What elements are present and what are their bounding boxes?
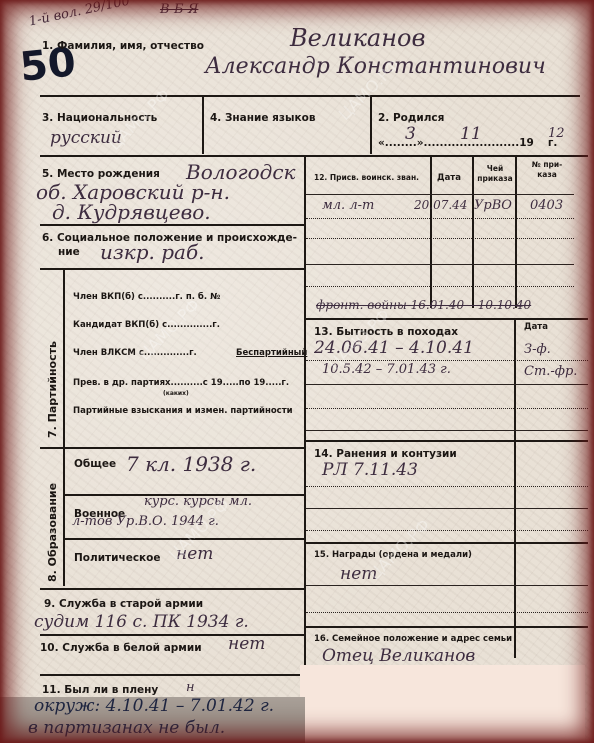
political-edu-label: Политическое — [74, 552, 161, 564]
birthplace-line-3: д. Кудрявцево. — [52, 200, 211, 224]
campaign-note-2: Ст.-фр. — [524, 364, 577, 379]
military-edu-value-2: л-тов Ур.В.О. 1944 г. — [72, 514, 219, 529]
family-value: Отец Великанов — [322, 646, 475, 666]
field-9-label: 9. Служба в старой армии — [44, 598, 203, 610]
corner-note: 1-й вол. 29/100 — [28, 0, 132, 30]
rank-date-value: 20.07.44 — [414, 198, 467, 212]
rank-order-number-value: 0403 — [530, 198, 563, 213]
campaign-note-1: З-ф. — [524, 342, 551, 357]
rank-header: 12. Присв. воинск. зван. — [314, 173, 419, 182]
campaign-period-1: 24.06.41 – 4.10.41 — [314, 338, 474, 358]
party-row-3: Член ВЛКСМ с..............г. — [73, 348, 197, 358]
general-edu-value: 7 кл. 1938 г. — [126, 452, 256, 476]
nationality-value: русский — [50, 128, 122, 148]
surname-value: Великанов — [290, 24, 425, 52]
social-status-value: изкр. раб. — [100, 240, 205, 264]
birth-month: 11 — [460, 124, 482, 144]
field-13-label: 13. Бытность в походах — [314, 326, 458, 338]
awards-value: нет — [340, 564, 377, 584]
general-edu-label: Общее — [74, 458, 116, 470]
political-edu-value: нет — [176, 544, 213, 564]
campaign-period-2: 10.5.42 – 7.01.43 г. — [322, 362, 451, 377]
field-7-section-label: 7. Партийность — [46, 341, 59, 438]
field-3-label: 3. Национальность — [42, 112, 157, 124]
order-number-header: № при-каза — [522, 160, 572, 180]
old-army-value: судим 116 с. ПК 1934 г. — [34, 612, 249, 632]
crossed-line: фронт. войны 16.01.40 – 10.10.40 — [316, 298, 531, 312]
field-11-label: 11. Был ли в плену — [42, 684, 158, 696]
which-note: (каких) — [163, 390, 189, 397]
white-army-value: нет — [228, 634, 265, 654]
birth-year: 12 — [548, 126, 565, 141]
field-5-label: 5. Место рождения — [42, 168, 160, 180]
field-16-label: 16. Семейное положение и адрес семьи — [314, 634, 512, 644]
captivity-value: н — [186, 680, 195, 695]
wounds-value: РЛ 7.11.43 — [322, 460, 418, 480]
party-row-2: Кандидат ВКП(б) с..............г. — [73, 320, 220, 330]
date-header: Дата — [437, 173, 461, 183]
party-row-5: Партийные взыскания и измен. партийности — [73, 406, 293, 416]
rank-value: мл. л-т — [322, 198, 374, 213]
blank-area — [300, 665, 585, 743]
party-row-4: Прев. в др. партиях..........с 19.....по… — [73, 378, 289, 388]
quote-open: « — [378, 137, 385, 149]
field-15-label: 15. Награды (ордена и медали) — [314, 550, 472, 560]
military-edu-value-1: курс. курсы мл. — [144, 494, 252, 509]
field-6-label-cont: ние — [58, 246, 80, 258]
campaign-date-header: Дата — [524, 322, 548, 332]
rank-order-by-value: УрВО — [474, 198, 512, 213]
field-14-label: 14. Ранения и контузии — [314, 448, 457, 460]
encirclement-note: окруж: 4.10.41 – 7.01.42 г. — [34, 696, 274, 716]
quote-close: » — [417, 137, 424, 149]
field-10-label: 10. Служба в белой армии — [40, 642, 202, 654]
document-scan: 1-й вол. 29/100 В-Б-Я 50 1. Фамилия, имя… — [0, 0, 594, 743]
nonparty-label: Беспартийный — [236, 348, 307, 358]
field-4-label: 4. Знание языков — [210, 112, 315, 124]
name-value: Александр Константинович — [205, 54, 546, 79]
order-by-header: Чей приказа — [476, 164, 514, 184]
field-2-label: 2. Родился — [378, 112, 444, 124]
party-row-1: Член ВКП(б) с..........г. п. б. № — [73, 292, 220, 302]
field-8-section-label: 8. Образование — [46, 483, 59, 582]
year-prefix: 19 — [519, 137, 534, 149]
crossed-note: В-Б-Я — [160, 2, 198, 17]
birth-day: 3 — [405, 124, 416, 144]
partisan-note: в партизанах не был. — [28, 718, 225, 738]
field-1-label: 1. Фамилия, имя, отчество — [42, 40, 204, 52]
